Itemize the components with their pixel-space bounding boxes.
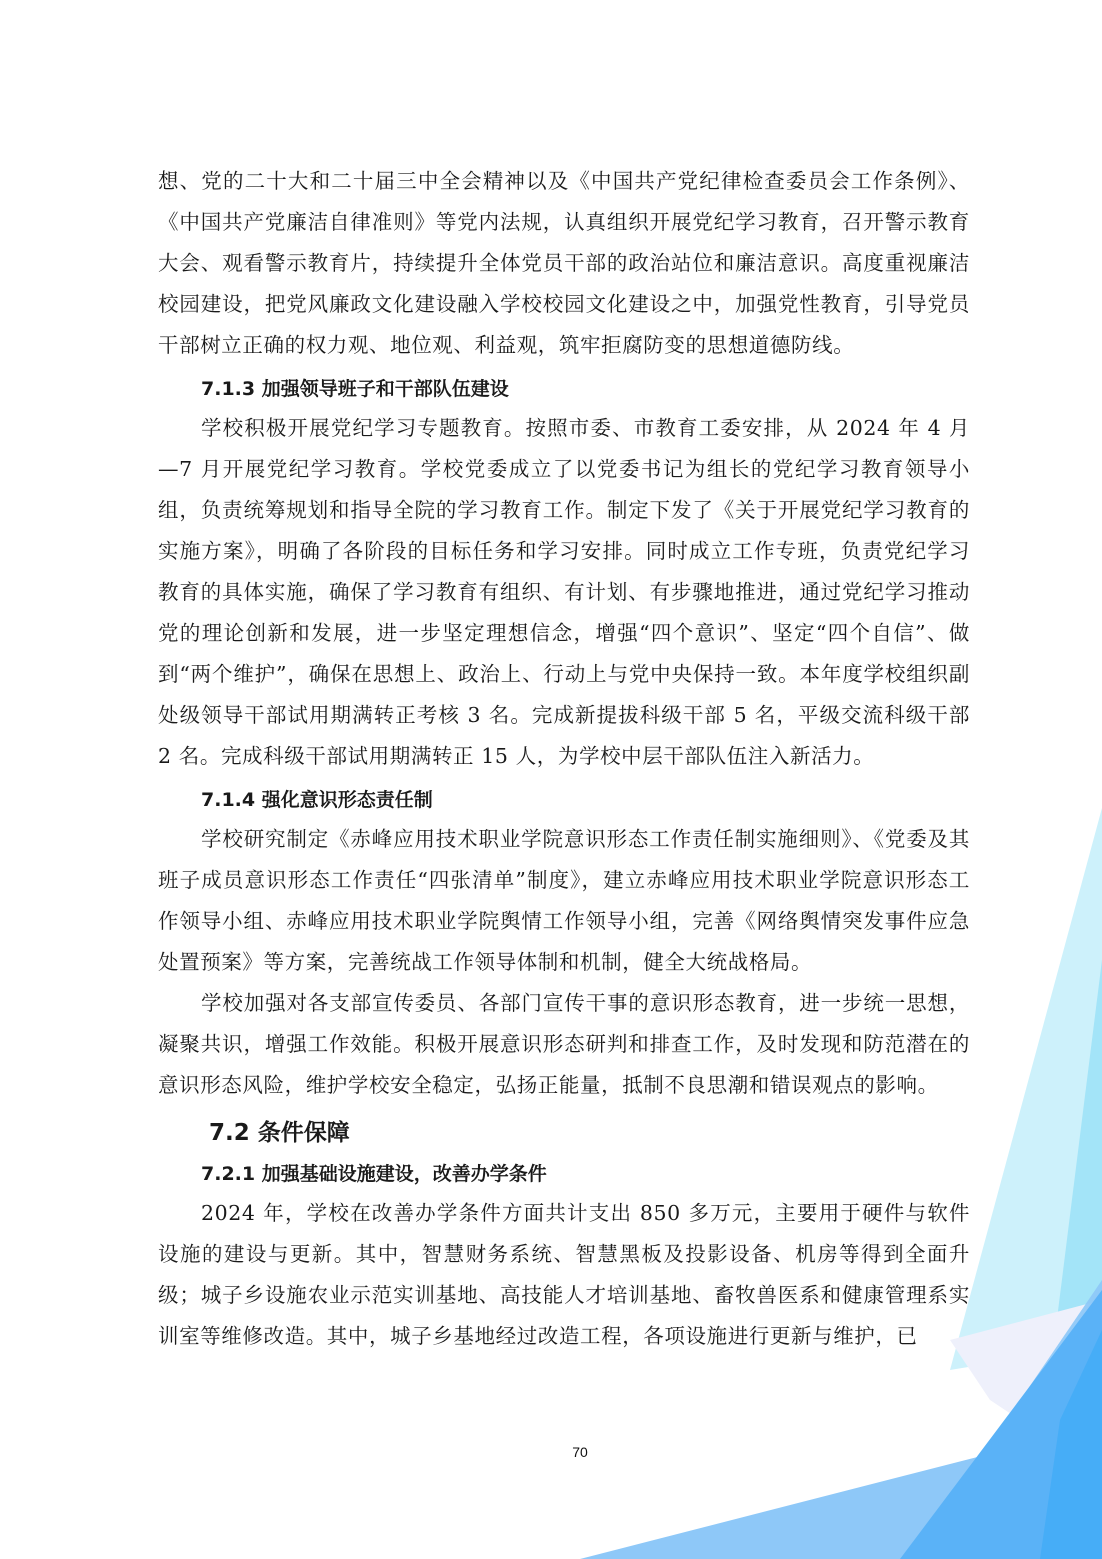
pale-lavender-triangle: [950, 1300, 1102, 1420]
heading-7-2: 7.2 条件保障: [209, 1119, 970, 1147]
heading-7-1-3: 7.1.3 加强领导班子和干部队伍建设: [201, 378, 970, 400]
paragraph-party-discipline-continued: 想、党的二十大和二十届三中全会精神以及《中国共产党纪律检查委员会工作条例》、《中…: [158, 161, 970, 366]
heading-7-2-1: 7.2.1 加强基础设施建设，改善办学条件: [201, 1163, 970, 1185]
page-number: 70: [0, 1444, 1102, 1460]
light-cyan-triangle: [950, 808, 1102, 1370]
paragraph-infrastructure: 2024 年，学校在改善办学条件方面共计支出 850 多万元，主要用于硬件与软件…: [158, 1193, 970, 1357]
cyan-sliver: [1055, 960, 1102, 1335]
paragraph-ideology-education: 学校加强对各支部宣传委员、各部门宣传干事的意识形态教育，进一步统一思想，凝聚共识…: [158, 983, 970, 1106]
light-blue-triangle: [960, 1280, 1102, 1559]
paragraph-leadership-team: 学校积极开展党纪学习专题教育。按照市委、市教育工委安排，从 2024 年 4 月…: [158, 408, 970, 777]
paragraph-ideology-responsibility: 学校研究制定《赤峰应用技术职业学院意识形态工作责任制实施细则》、《党委及其班子成…: [158, 819, 970, 983]
document-page: 想、党的二十大和二十届三中全会精神以及《中国共产党纪律检查委员会工作条例》、《中…: [158, 161, 970, 1357]
heading-7-1-4: 7.1.4 强化意识形态责任制: [201, 789, 970, 811]
